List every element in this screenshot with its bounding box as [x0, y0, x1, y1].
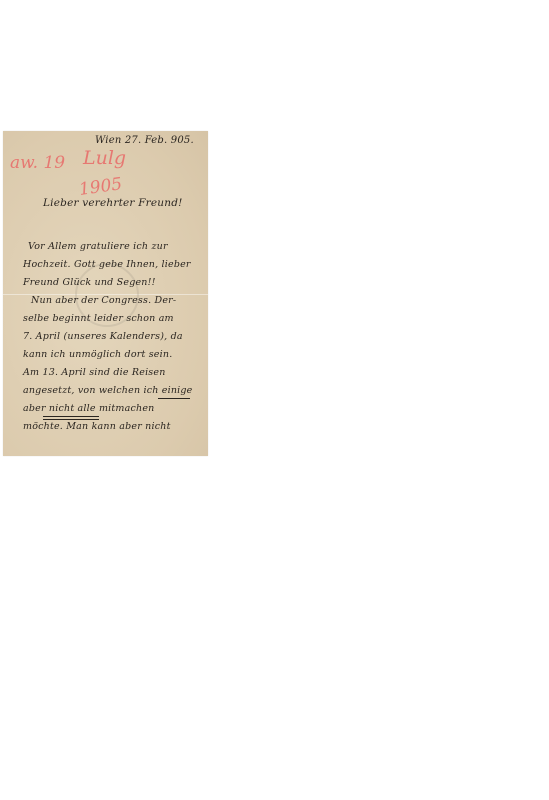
body-line: selbe beginnt leider schon am — [23, 313, 174, 324]
salutation: Lieber verehrter Freund! — [43, 197, 183, 209]
body-line: Nun aber der Congress. Der- — [31, 295, 176, 306]
body-line: aber nicht alle mitmachen — [23, 403, 154, 414]
underline-nicht-alle-2 — [43, 419, 99, 420]
red-annotation-line2: Lulg — [83, 147, 126, 169]
body-line: Am 13. April sind die Reisen — [23, 367, 166, 378]
letter-page: Wien 27. Feb. 905. aw. 19 Lulg 1905 Lieb… — [3, 131, 208, 456]
red-annotation-line1: aw. 19 — [10, 153, 65, 173]
underline-einige — [158, 398, 190, 399]
body-line: angesetzt, von welchen ich einige — [23, 385, 193, 396]
body-line: Vor Allem gratuliere ich zur — [28, 241, 168, 252]
body-line-text: angesetzt, von welchen ich einige — [23, 385, 193, 396]
body-line: Freund Glück und Segen!! — [23, 277, 156, 288]
date-line: Wien 27. Feb. 905. — [95, 135, 194, 146]
body-line: Hochzeit. Gott gebe Ihnen, lieber — [23, 259, 191, 270]
underline-nicht-alle — [43, 416, 99, 417]
body-line: kann ich unmöglich dort sein. — [23, 349, 172, 360]
body-line: möchte. Man kann aber nicht — [23, 421, 171, 432]
body-line: 7. April (unseres Kalenders), da — [23, 331, 183, 342]
